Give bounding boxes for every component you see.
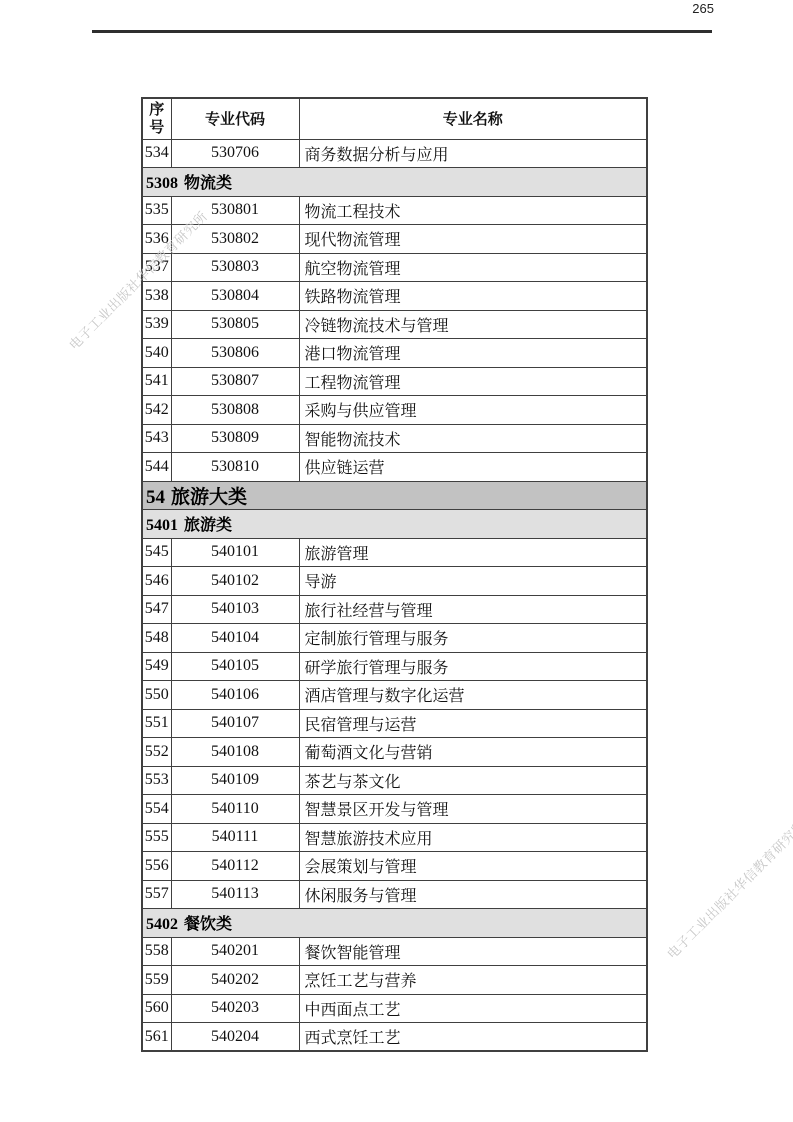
section-cell: 54旅游大类	[142, 481, 647, 510]
code-cell: 530805	[171, 310, 299, 339]
document-page: 265 电子工业出版社华信教育研究所 电子工业出版社华信教育研究所 序号 专业代…	[0, 0, 793, 1122]
serial-cell: 549	[142, 652, 171, 681]
serial-cell: 540	[142, 339, 171, 368]
table-row: 554540110智慧景区开发与管理	[142, 795, 647, 824]
name-cell: 葡萄酒文化与营销	[299, 738, 647, 767]
section-code: 54	[146, 487, 165, 508]
serial-cell: 538	[142, 282, 171, 311]
table-row: 534530706商务数据分析与应用	[142, 139, 647, 168]
name-cell: 现代物流管理	[299, 225, 647, 254]
table-row: 547540103旅行社经营与管理	[142, 595, 647, 624]
code-cell: 540101	[171, 538, 299, 567]
serial-cell: 553	[142, 766, 171, 795]
serial-cell: 559	[142, 966, 171, 995]
code-cell: 540204	[171, 1023, 299, 1052]
column-header-name: 专业名称	[299, 98, 647, 139]
serial-cell: 541	[142, 367, 171, 396]
watermark-right: 电子工业出版社华信教育研究所	[662, 815, 793, 962]
table-row: 561540204西式烹饪工艺	[142, 1023, 647, 1052]
table-header-row: 序号 专业代码 专业名称	[142, 98, 647, 139]
serial-cell: 548	[142, 624, 171, 653]
table-row: 556540112会展策划与管理	[142, 852, 647, 881]
serial-cell: 547	[142, 595, 171, 624]
code-cell: 530801	[171, 196, 299, 225]
code-cell: 530807	[171, 367, 299, 396]
table-row: 538530804铁路物流管理	[142, 282, 647, 311]
code-cell: 540112	[171, 852, 299, 881]
code-cell: 530803	[171, 253, 299, 282]
code-cell: 540202	[171, 966, 299, 995]
section-row: 54旅游大类	[142, 481, 647, 510]
name-cell: 商务数据分析与应用	[299, 139, 647, 168]
table-row: 555540111智慧旅游技术应用	[142, 823, 647, 852]
serial-cell: 542	[142, 396, 171, 425]
name-cell: 中西面点工艺	[299, 994, 647, 1023]
section-row: 5308物流类	[142, 168, 647, 197]
name-cell: 西式烹饪工艺	[299, 1023, 647, 1052]
table-row: 550540106酒店管理与数字化运营	[142, 681, 647, 710]
serial-cell: 535	[142, 196, 171, 225]
table-row: 557540113休闲服务与管理	[142, 880, 647, 909]
section-name: 旅游类	[184, 517, 232, 534]
code-cell: 540106	[171, 681, 299, 710]
name-cell: 茶艺与茶文化	[299, 766, 647, 795]
name-cell: 民宿管理与运营	[299, 709, 647, 738]
section-cell: 5401旅游类	[142, 510, 647, 539]
section-name: 旅游大类	[171, 487, 247, 508]
table-row: 560540203中西面点工艺	[142, 994, 647, 1023]
table-row: 549540105研学旅行管理与服务	[142, 652, 647, 681]
serial-cell: 561	[142, 1023, 171, 1052]
name-cell: 定制旅行管理与服务	[299, 624, 647, 653]
serial-cell: 539	[142, 310, 171, 339]
code-cell: 530810	[171, 453, 299, 482]
name-cell: 港口物流管理	[299, 339, 647, 368]
name-cell: 航空物流管理	[299, 253, 647, 282]
name-cell: 会展策划与管理	[299, 852, 647, 881]
name-cell: 工程物流管理	[299, 367, 647, 396]
code-cell: 540201	[171, 937, 299, 966]
name-cell: 智能物流技术	[299, 424, 647, 453]
section-cell: 5402餐饮类	[142, 909, 647, 938]
code-cell: 540103	[171, 595, 299, 624]
code-cell: 540203	[171, 994, 299, 1023]
serial-cell: 555	[142, 823, 171, 852]
column-header-code: 专业代码	[171, 98, 299, 139]
table-row: 552540108葡萄酒文化与营销	[142, 738, 647, 767]
section-cell: 5308物流类	[142, 168, 647, 197]
name-cell: 旅游管理	[299, 538, 647, 567]
name-cell: 旅行社经营与管理	[299, 595, 647, 624]
section-row: 5402餐饮类	[142, 909, 647, 938]
serial-cell: 556	[142, 852, 171, 881]
name-cell: 智慧景区开发与管理	[299, 795, 647, 824]
name-cell: 铁路物流管理	[299, 282, 647, 311]
table-row: 546540102导游	[142, 567, 647, 596]
table-row: 539530805冷链物流技术与管理	[142, 310, 647, 339]
table-row: 536530802现代物流管理	[142, 225, 647, 254]
name-cell: 休闲服务与管理	[299, 880, 647, 909]
name-cell: 研学旅行管理与服务	[299, 652, 647, 681]
name-cell: 采购与供应管理	[299, 396, 647, 425]
code-cell: 530804	[171, 282, 299, 311]
code-cell: 530802	[171, 225, 299, 254]
table-row: 542530808采购与供应管理	[142, 396, 647, 425]
serial-cell: 537	[142, 253, 171, 282]
name-cell: 物流工程技术	[299, 196, 647, 225]
serial-cell: 558	[142, 937, 171, 966]
name-cell: 导游	[299, 567, 647, 596]
serial-cell: 552	[142, 738, 171, 767]
name-cell: 餐饮智能管理	[299, 937, 647, 966]
table-row: 535530801物流工程技术	[142, 196, 647, 225]
code-cell: 540108	[171, 738, 299, 767]
serial-cell: 551	[142, 709, 171, 738]
serial-cell: 536	[142, 225, 171, 254]
section-code: 5401	[146, 517, 178, 534]
serial-cell: 534	[142, 139, 171, 168]
table-row: 537530803航空物流管理	[142, 253, 647, 282]
name-cell: 酒店管理与数字化运营	[299, 681, 647, 710]
table-row: 544530810供应链运营	[142, 453, 647, 482]
name-cell: 供应链运营	[299, 453, 647, 482]
serial-cell: 560	[142, 994, 171, 1023]
table-row: 545540101旅游管理	[142, 538, 647, 567]
code-cell: 540104	[171, 624, 299, 653]
table-row: 551540107民宿管理与运营	[142, 709, 647, 738]
serial-cell: 543	[142, 424, 171, 453]
code-cell: 540111	[171, 823, 299, 852]
table-row: 548540104定制旅行管理与服务	[142, 624, 647, 653]
code-cell: 540102	[171, 567, 299, 596]
section-code: 5308	[146, 175, 178, 192]
serial-cell: 557	[142, 880, 171, 909]
table-row: 553540109茶艺与茶文化	[142, 766, 647, 795]
name-cell: 冷链物流技术与管理	[299, 310, 647, 339]
serial-cell: 546	[142, 567, 171, 596]
column-header-serial: 序号	[142, 98, 171, 139]
majors-table: 序号 专业代码 专业名称 534530706商务数据分析与应用5308物流类53…	[141, 97, 648, 1052]
code-cell: 530806	[171, 339, 299, 368]
table-row: 541530807工程物流管理	[142, 367, 647, 396]
code-cell: 540107	[171, 709, 299, 738]
table-row: 540530806港口物流管理	[142, 339, 647, 368]
code-cell: 540109	[171, 766, 299, 795]
section-row: 5401旅游类	[142, 510, 647, 539]
serial-cell: 550	[142, 681, 171, 710]
section-name: 物流类	[184, 175, 232, 192]
table-row: 543530809智能物流技术	[142, 424, 647, 453]
code-cell: 540113	[171, 880, 299, 909]
code-cell: 530809	[171, 424, 299, 453]
section-code: 5402	[146, 916, 178, 933]
table-row: 559540202烹饪工艺与营养	[142, 966, 647, 995]
serial-cell: 544	[142, 453, 171, 482]
code-cell: 530706	[171, 139, 299, 168]
table-row: 558540201餐饮智能管理	[142, 937, 647, 966]
code-cell: 540105	[171, 652, 299, 681]
code-cell: 530808	[171, 396, 299, 425]
page-number: 265	[688, 1, 714, 16]
code-cell: 540110	[171, 795, 299, 824]
section-name: 餐饮类	[184, 916, 232, 933]
header-rule	[92, 30, 712, 33]
serial-cell: 554	[142, 795, 171, 824]
name-cell: 智慧旅游技术应用	[299, 823, 647, 852]
name-cell: 烹饪工艺与营养	[299, 966, 647, 995]
serial-cell: 545	[142, 538, 171, 567]
